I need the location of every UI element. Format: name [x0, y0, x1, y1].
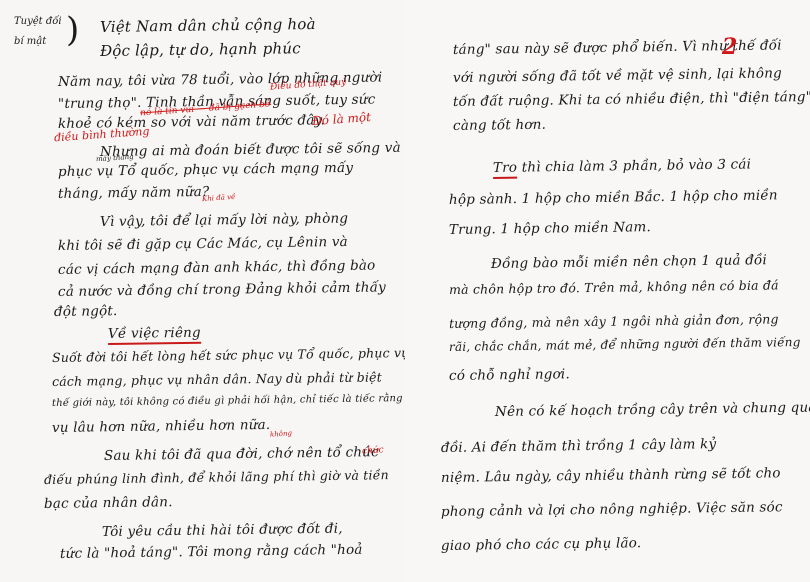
text-line: khi tôi sẽ đi gặp cụ Các Mác, cụ Lênin v…: [58, 234, 348, 254]
page-number-marker: 2: [722, 34, 737, 60]
text-line: cả nước và đồng chí trong Đảng khỏi cảm …: [58, 279, 386, 300]
red-annotation: chức: [362, 445, 384, 456]
text-line: mà chôn hộp tro đó. Trên mả, không nên c…: [449, 277, 779, 297]
text-line: tượng đồng, mà nên xây 1 ngôi nhà giản đ…: [449, 311, 779, 331]
text-line: Vì vậy, tôi để lại mấy lời này, phòng: [100, 211, 348, 230]
margin-note-line-2: bí mật: [14, 32, 62, 52]
underlined-word-tro: Tro: [493, 160, 517, 179]
text-line: có chỗ nghỉ ngơi.: [449, 366, 570, 384]
text-line: Nên có kế hoạch trồng cây trên và chung …: [495, 399, 810, 420]
text-line: tháng, mấy năm nữa?: [58, 184, 210, 202]
text-line: Nhưng ai mà đoán biết được tôi sẽ sống v…: [100, 140, 401, 160]
text-line: bạc của nhân dân.: [44, 494, 173, 512]
text-line: phong cảnh và lợi cho nông nghiệp. Việc …: [441, 499, 783, 520]
margin-note-line-1: Tuyệt đối: [14, 12, 62, 32]
text-line: tức là "hoả táng". Tôi mong rằng cách "h…: [60, 542, 363, 562]
text-line: niệm. Lâu ngày, cây nhiều thành rừng sẽ …: [441, 465, 781, 486]
header-nation-name: Việt Nam dân chủ cộng hoà: [100, 15, 316, 36]
text-line: cách mạng, phục vụ nhân dân. Nay dù phải…: [52, 369, 382, 389]
text-line: Suốt đời tôi hết lòng hết sức phục vụ Tổ…: [52, 345, 410, 365]
header-motto: Độc lập, tự do, hạnh phúc: [100, 39, 301, 60]
text-line: các vị cách mạng đàn anh khác, thì đồng …: [58, 258, 376, 278]
insert-annotation: mấy tháng: [96, 153, 134, 164]
right-manuscript-page: táng" sau này sẽ được phổ biến. Vì như t…: [405, 0, 810, 582]
text-line: Tôi yêu cầu thi hài tôi được đốt đi,: [102, 521, 343, 540]
text-line: thì chia làm 3 phần, bỏ vào 3 cái: [522, 156, 752, 175]
text-line: hộp sành. 1 hộp cho miền Bắc. 1 hộp cho …: [449, 187, 778, 208]
text-line: tốn đất ruộng. Khi ta có nhiều điện, thì…: [453, 89, 810, 110]
red-annotation: Đó là một: [312, 110, 372, 128]
text-line: Đồng bào mỗi miền nên chọn 1 quả đồi: [491, 252, 767, 272]
text-line: Trung. 1 hộp cho miền Nam.: [449, 219, 651, 238]
text-line-ashes: Tro thì chia làm 3 phần, bỏ vào 3 cái: [493, 156, 751, 176]
red-annotation: không: [270, 429, 292, 439]
text-line: rãi, chắc chắn, mát mẻ, để những người đ…: [449, 335, 801, 354]
margin-note-confidential: Tuyệt đối bí mật: [14, 12, 62, 52]
text-line: với người sống đã tốt về mặt vệ sinh, lạ…: [453, 65, 782, 86]
text-line: điếu phúng linh đình, để khỏi lãng phí t…: [44, 467, 389, 487]
red-annotation: Khi đã về: [202, 193, 236, 203]
section-heading-text: Về việc riêng: [108, 325, 201, 345]
text-line: đồi. Ai đến thăm thì trồng 1 cây làm kỷ: [441, 436, 717, 456]
text-line: đột ngột.: [54, 303, 118, 320]
section-heading-personal: Về việc riêng: [108, 325, 201, 342]
left-manuscript-page: Tuyệt đối bí mật ) Việt Nam dân chủ cộng…: [0, 0, 405, 582]
text-line: càng tốt hơn.: [453, 117, 546, 134]
text-line: giao phó cho các cụ phụ lão.: [441, 535, 642, 554]
text-line: Sau khi tôi đã qua đời, chớ nên tổ chức: [104, 444, 379, 464]
text-line: vụ lâu hơn nữa, nhiều hơn nữa.: [52, 417, 271, 436]
margin-bracket: ): [66, 10, 79, 50]
